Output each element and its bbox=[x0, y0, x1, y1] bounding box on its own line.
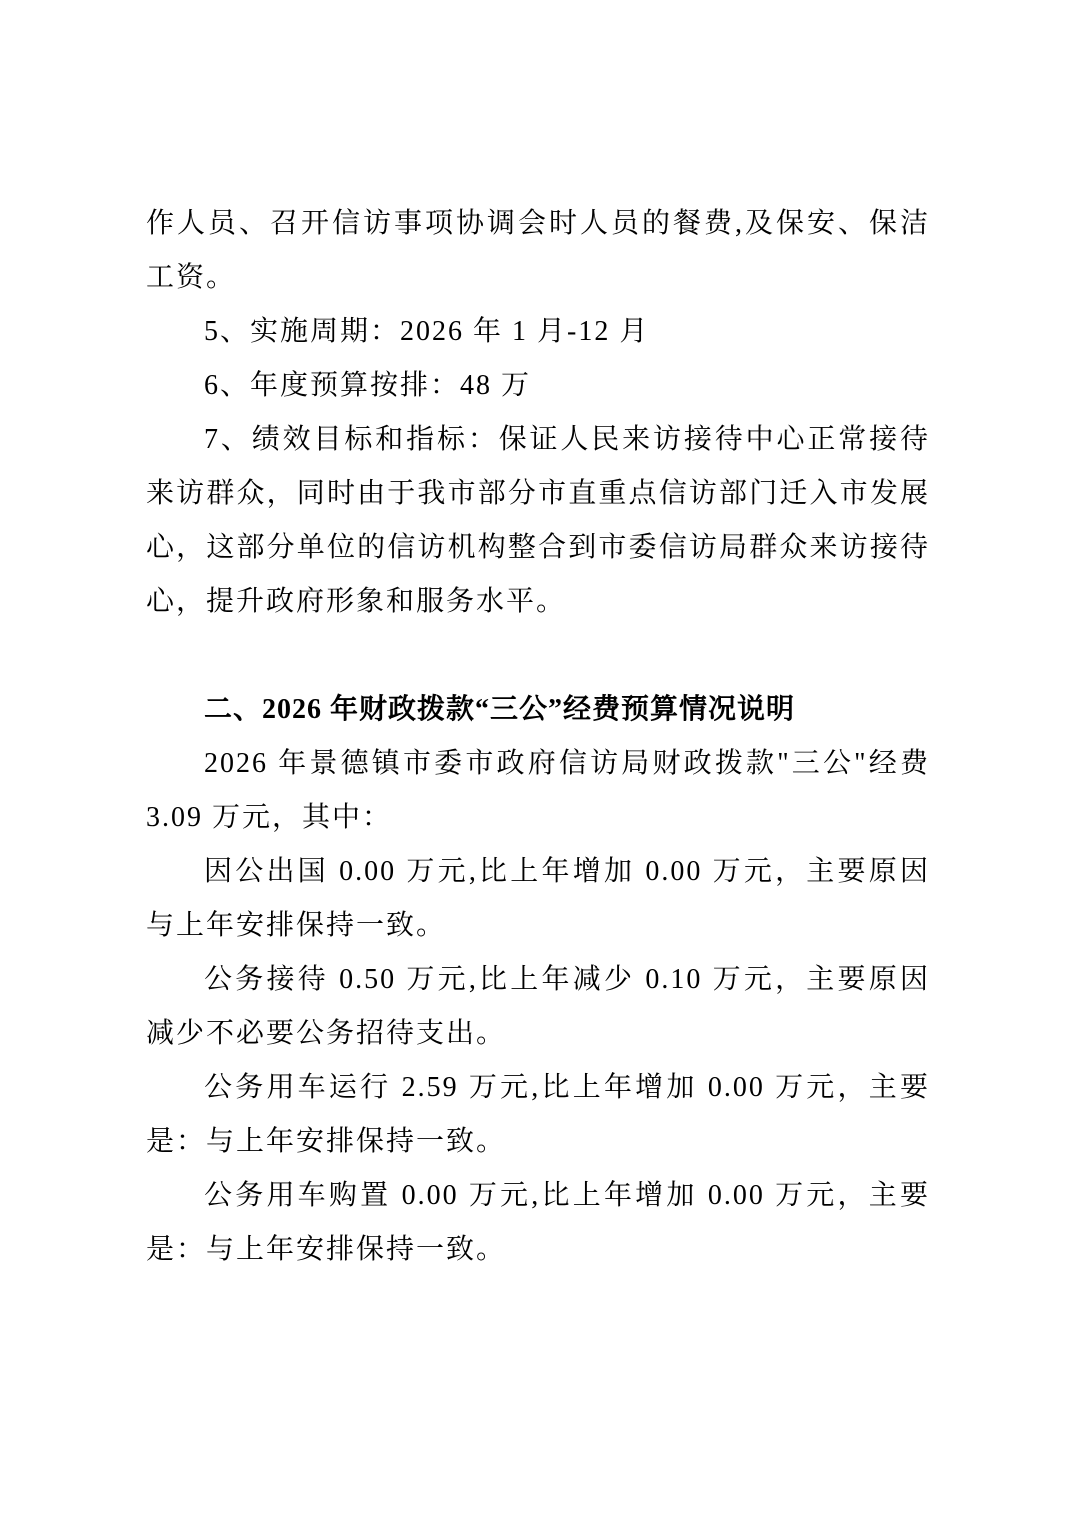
paragraph-line: 与上年安排保持一致。 bbox=[146, 899, 930, 953]
paragraph-line: 心，这部分单位的信访机构整合到市委信访局群众来访接待中 bbox=[146, 521, 930, 575]
paragraph-line-vehicle-operation: 公务用车运行 2.59 万元,比上年增加 0.00 万元，主要原因 bbox=[146, 1061, 930, 1115]
paragraph-line-official-reception: 公务接待 0.50 万元,比上年减少 0.10 万元，主要原因是： bbox=[146, 953, 930, 1007]
paragraph-line-continuation: 作人员、召开信访事项协调会时人员的餐费,及保安、保洁人员 bbox=[146, 197, 930, 251]
paragraph-line-funds-total: 2026 年景德镇市委市政府信访局财政拨款"三公"经费安排 bbox=[146, 737, 930, 791]
paragraph-line: 是：与上年安排保持一致。 bbox=[146, 1115, 930, 1169]
paragraph-line: 3.09 万元，其中： bbox=[146, 791, 930, 845]
paragraph-line-vehicle-purchase: 公务用车购置 0.00 万元,比上年增加 0.00 万元，主要原因 bbox=[146, 1169, 930, 1223]
list-item-5-implementation-period: 5、实施周期：2026 年 1 月-12 月 bbox=[146, 305, 930, 359]
section-heading: 二、2026 年财政拨款“三公”经费预算情况说明 bbox=[146, 683, 930, 737]
paragraph-line: 心，提升政府形象和服务水平。 bbox=[146, 575, 930, 629]
document-body: 作人员、召开信访事项协调会时人员的餐费,及保安、保洁人员 工资。 5、实施周期：… bbox=[146, 197, 930, 1277]
paragraph-line: 来访群众，同时由于我市部分市直重点信访部门迁入市发展中 bbox=[146, 467, 930, 521]
list-item-7-performance-goals: 7、绩效目标和指标：保证人民来访接待中心正常接待全市 bbox=[146, 413, 930, 467]
paragraph-line-overseas-trips: 因公出国 0.00 万元,比上年增加 0.00 万元，主要原因是： bbox=[146, 845, 930, 899]
paragraph-line: 是：与上年安排保持一致。 bbox=[146, 1223, 930, 1277]
paragraph-line: 减少不必要公务招待支出。 bbox=[146, 1007, 930, 1061]
paragraph-line: 工资。 bbox=[146, 251, 930, 305]
document-page: 作人员、召开信访事项协调会时人员的餐费,及保安、保洁人员 工资。 5、实施周期：… bbox=[0, 0, 1074, 1520]
list-item-6-annual-budget: 6、年度预算按排：48 万 bbox=[146, 359, 930, 413]
